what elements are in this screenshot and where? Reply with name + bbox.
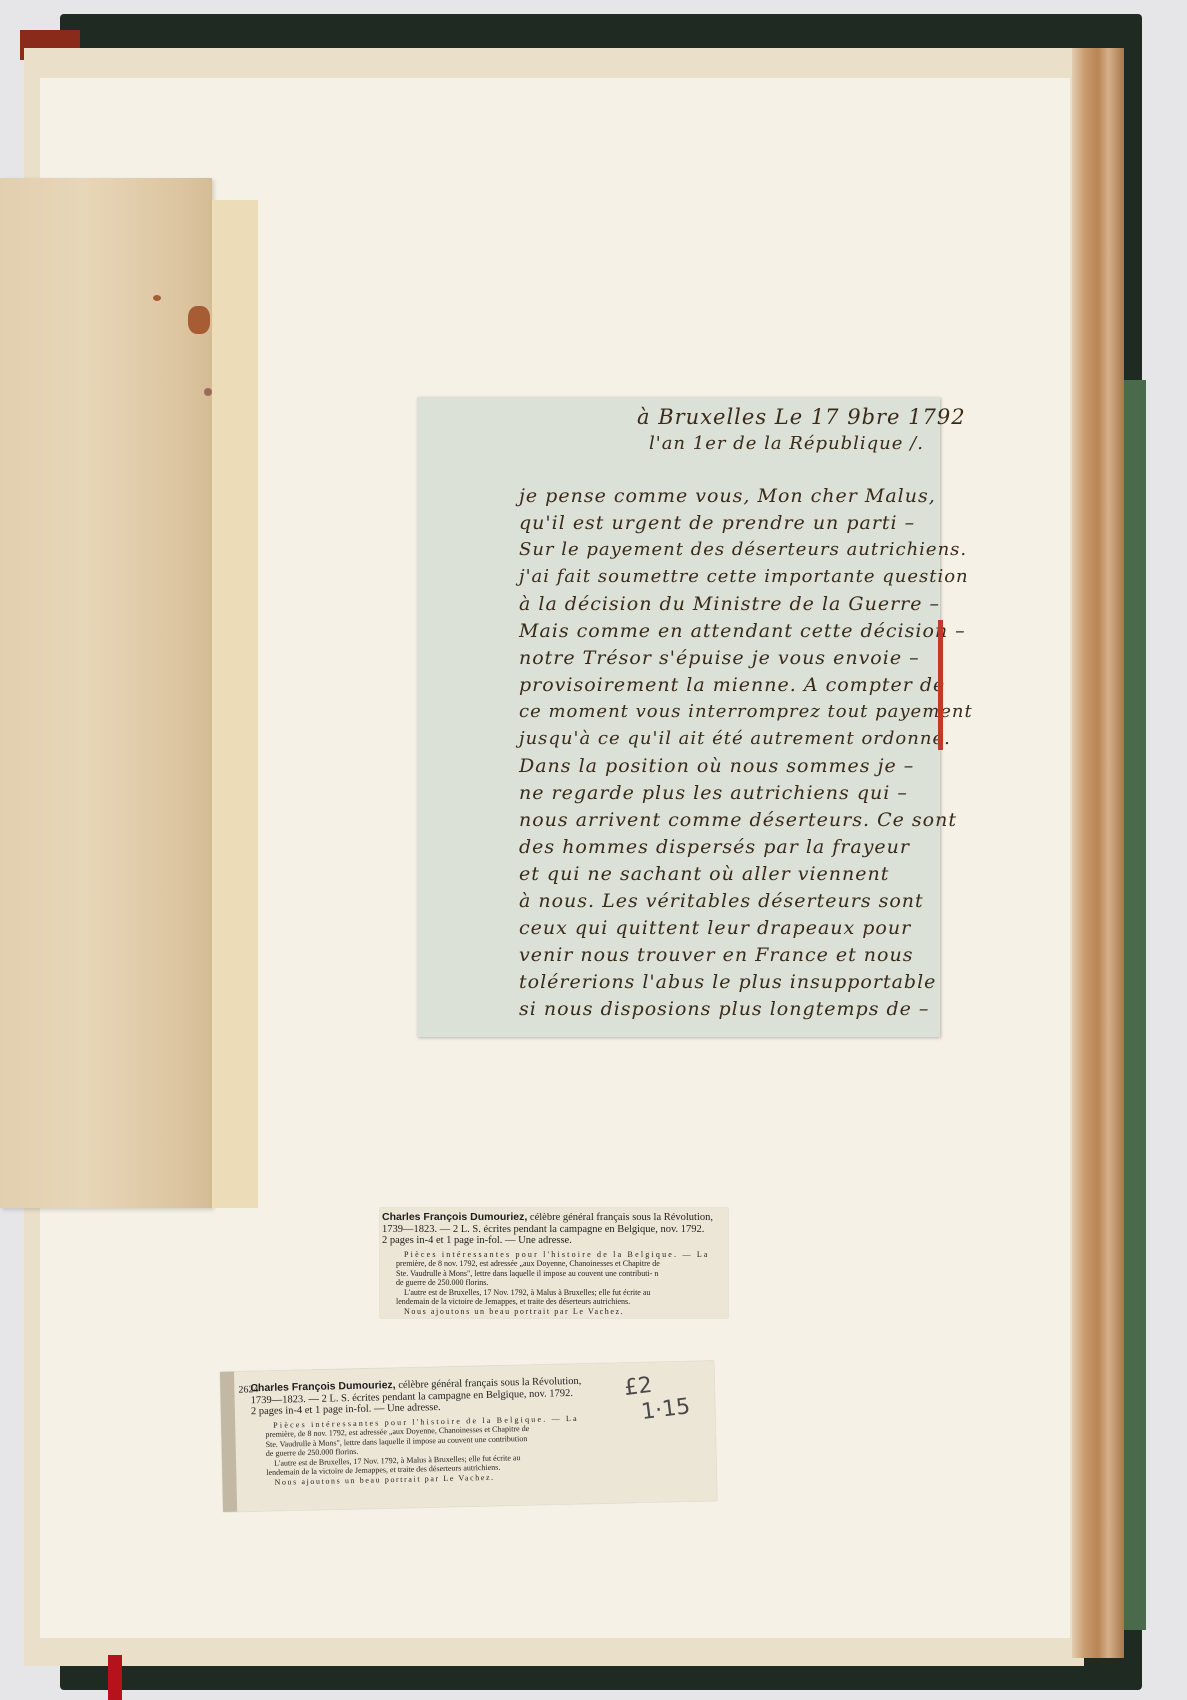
clipping-body-line: première, de 8 nov. 1792, est adressée „…: [396, 1259, 724, 1269]
clipping-heading-line: 1739—1823. — 2 L. S. écrites pendant la …: [382, 1224, 704, 1235]
clipping-heading: Charles François Dumouriez, célèbre géné…: [382, 1212, 724, 1247]
book-foredge: [1072, 48, 1124, 1658]
clipping-body-line: de guerre de 250.000 florins.: [396, 1278, 724, 1288]
letter-line: je pense comme vous, Mon cher Malus,: [519, 485, 936, 507]
catalogue-clipping-bottom: 2624 Charles François Dumouriez, célèbre…: [220, 1361, 717, 1512]
letter-line: j'ai fait soumettre cette importante que…: [519, 566, 969, 587]
pencil-price-annotation: £2 1·15: [623, 1368, 692, 1428]
letter-line: tolérerions l'abus le plus insupportable: [519, 971, 936, 993]
letter-line: à nous. Les véritables déserteurs sont: [519, 890, 924, 912]
letter-header-line1: à Bruxelles Le 17 9bre 1792: [637, 405, 966, 429]
letter-line: si nous disposions plus longtemps de –: [519, 998, 929, 1020]
letter-line: qu'il est urgent de prendre un parti –: [519, 512, 915, 534]
letter-line: Sur le payement des déserteurs autrichie…: [519, 539, 967, 560]
clipping-body-line: Pièces intéressantes pour l'histoire de …: [396, 1250, 724, 1260]
letter-line: ceux qui quittent leur drapeaux pour: [519, 917, 911, 939]
lot-number: 2624: [238, 1384, 258, 1395]
clipping-author-name: Charles François Dumouriez,: [382, 1211, 527, 1223]
ink-stain: [188, 306, 210, 334]
letter-line: ne regarde plus les autrichiens qui –: [519, 782, 908, 804]
manuscript-letter: à Bruxelles Le 17 9bre 1792 l'an 1er de …: [417, 397, 940, 1037]
clipping-body-line: Nous ajoutons un beau portrait par Le Va…: [396, 1307, 724, 1317]
clipping-heading-text: célèbre général français sous la Révolut…: [530, 1212, 713, 1223]
folded-leaf: [0, 178, 212, 1208]
ink-stain: [204, 388, 212, 396]
letter-line: ce moment vous interromprez tout payemen…: [519, 701, 973, 722]
red-wax-seal-trace: [938, 620, 943, 750]
letter-header-line2: l'an 1er de la République /.: [649, 433, 924, 454]
clipping-body-line: L'autre est de Bruxelles, 17 Nov. 1792, …: [396, 1288, 724, 1298]
red-bookmark-ribbon: [108, 1655, 122, 1700]
clipping-body-line: lendemain de la victoire de Jemappes, et…: [396, 1297, 724, 1307]
letter-line: notre Trésor s'épuise je vous envoie –: [519, 647, 920, 669]
ink-stain: [153, 295, 161, 301]
letter-line: provisoirement la mienne. A compter de: [519, 674, 945, 696]
clipping-body: Pièces intéressantes pour l'histoire de …: [382, 1250, 724, 1317]
letter-line: venir nous trouver en France et nous: [519, 944, 913, 966]
letter-line: nous arrivent comme déserteurs. Ce sont: [519, 809, 957, 831]
letter-line: Dans la position où nous sommes je –: [519, 755, 914, 777]
letter-line: et qui ne sachant où aller viennent: [519, 863, 889, 885]
green-cloth-strip: [1124, 380, 1146, 1630]
clipping-shadow-edge: [220, 1372, 237, 1512]
clipping-heading-line: 2 pages in-4 et 1 page in-fol. — Une adr…: [382, 1235, 572, 1246]
letter-line: des hommes dispersés par la frayeur: [519, 836, 910, 858]
letter-line: Mais comme en attendant cette décision –: [519, 620, 966, 642]
clipping-body-line: Ste. Vaudrulle à Mons", lettre dans laqu…: [396, 1269, 724, 1279]
catalogue-clipping-top: Charles François Dumouriez, célèbre géné…: [380, 1208, 728, 1318]
translucent-flap: [212, 200, 258, 1208]
letter-line: jusqu'à ce qu'il ait été autrement ordon…: [519, 728, 951, 749]
letter-line: à la décision du Ministre de la Guerre –: [519, 593, 940, 615]
